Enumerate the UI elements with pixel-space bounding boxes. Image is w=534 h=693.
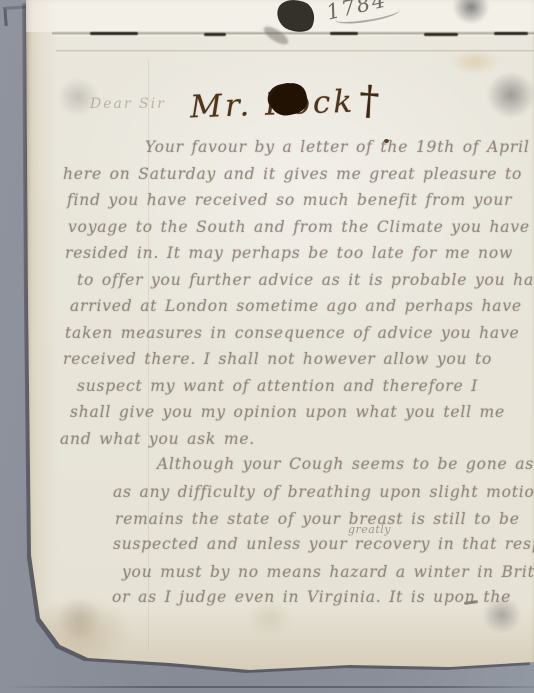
letter-line: resided in. It may perhaps be too late f…	[65, 244, 513, 262]
crease-mark	[204, 33, 226, 36]
crease-mark	[424, 33, 458, 36]
letter-line: arrived at London sometime ago and perha…	[70, 297, 522, 315]
letter-line: here on Saturday and it gives me great p…	[63, 165, 522, 183]
stain	[449, 50, 501, 74]
letter-line: Your favour by a letter of the 19th of A…	[145, 138, 534, 156]
crease-mark	[90, 32, 138, 35]
insertion-annotation: greatly	[348, 523, 391, 536]
letter-line: Although your Cough seems to be gone as …	[157, 455, 534, 473]
letter-line: suspect my want of attention and therefo…	[77, 377, 478, 395]
scan-background: 1784 Dear Sir Mr. Rock† Your favour by a…	[0, 0, 534, 693]
letter-line: received there. I shall not however allo…	[63, 350, 492, 368]
letter-line: taken measures in consequence of advice …	[65, 324, 520, 342]
letter-line: suspected and unless your recovery in th…	[113, 535, 534, 553]
fingerprint-smudge	[487, 72, 534, 118]
letter-line: find you have received so much benefit f…	[67, 191, 512, 209]
letter-line: or as I judge even in Virginia. It is up…	[112, 588, 511, 606]
letter-line: and what you ask me.	[60, 430, 255, 448]
letter-page: 1784 Dear Sir Mr. Rock† Your favour by a…	[26, 0, 534, 676]
letter-line: to offer you further advice as it is pro…	[77, 271, 534, 289]
crease-mark	[494, 32, 528, 35]
backing-seam	[0, 686, 534, 688]
crease-mark	[330, 32, 358, 35]
letter-line: you must by no means hazard a winter in …	[122, 563, 534, 581]
dagger-mark-icon: †	[357, 77, 383, 124]
salutation: Dear Sir	[90, 96, 166, 112]
letter-line: voyage to the South and from the Climate…	[68, 218, 530, 236]
fold-crease-soft	[56, 50, 534, 53]
letter-line: remains the state of your breast is stil…	[115, 510, 520, 528]
letter-line: as any difficulty of breathing upon slig…	[113, 483, 534, 501]
letter-line: shall give you my opinion upon what you …	[70, 403, 505, 421]
